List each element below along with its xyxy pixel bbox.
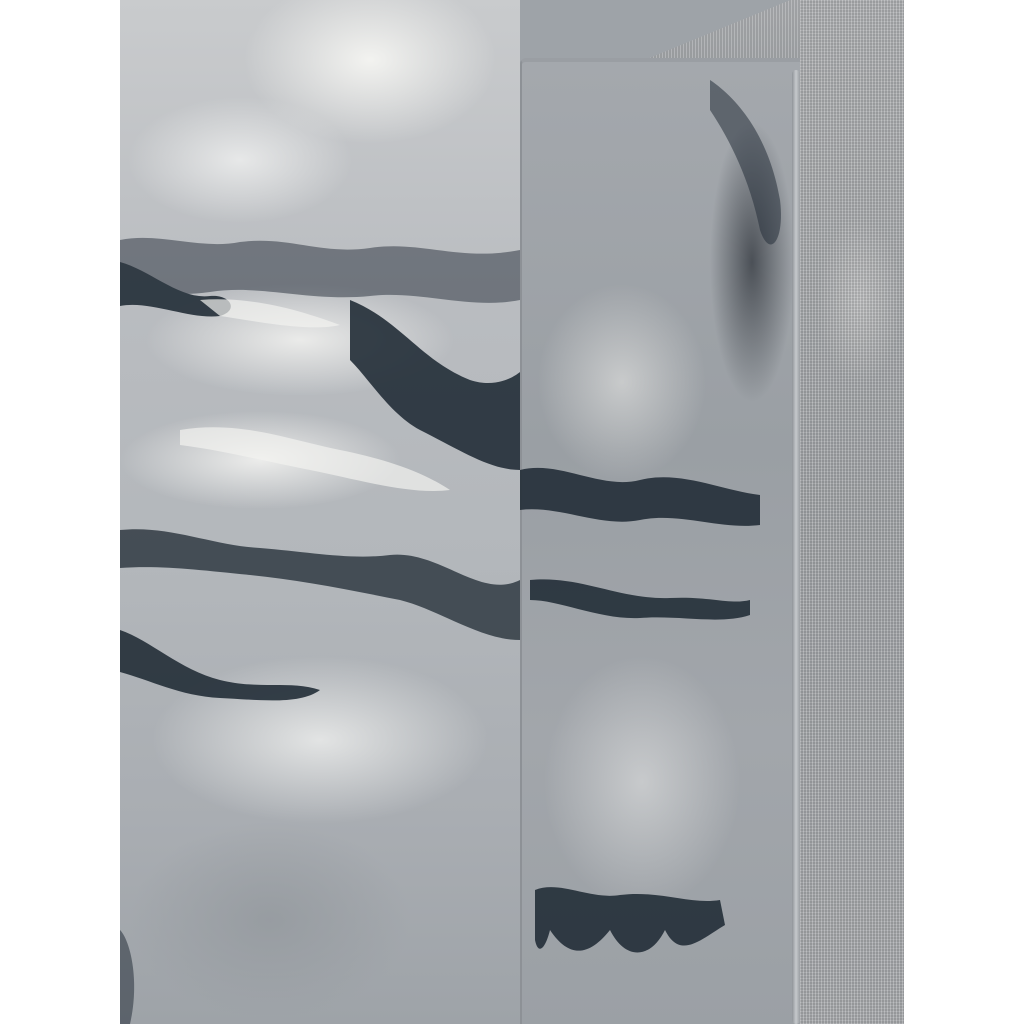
abstract-pattern-strokes [120, 0, 904, 1024]
rug-photo [120, 0, 904, 1024]
